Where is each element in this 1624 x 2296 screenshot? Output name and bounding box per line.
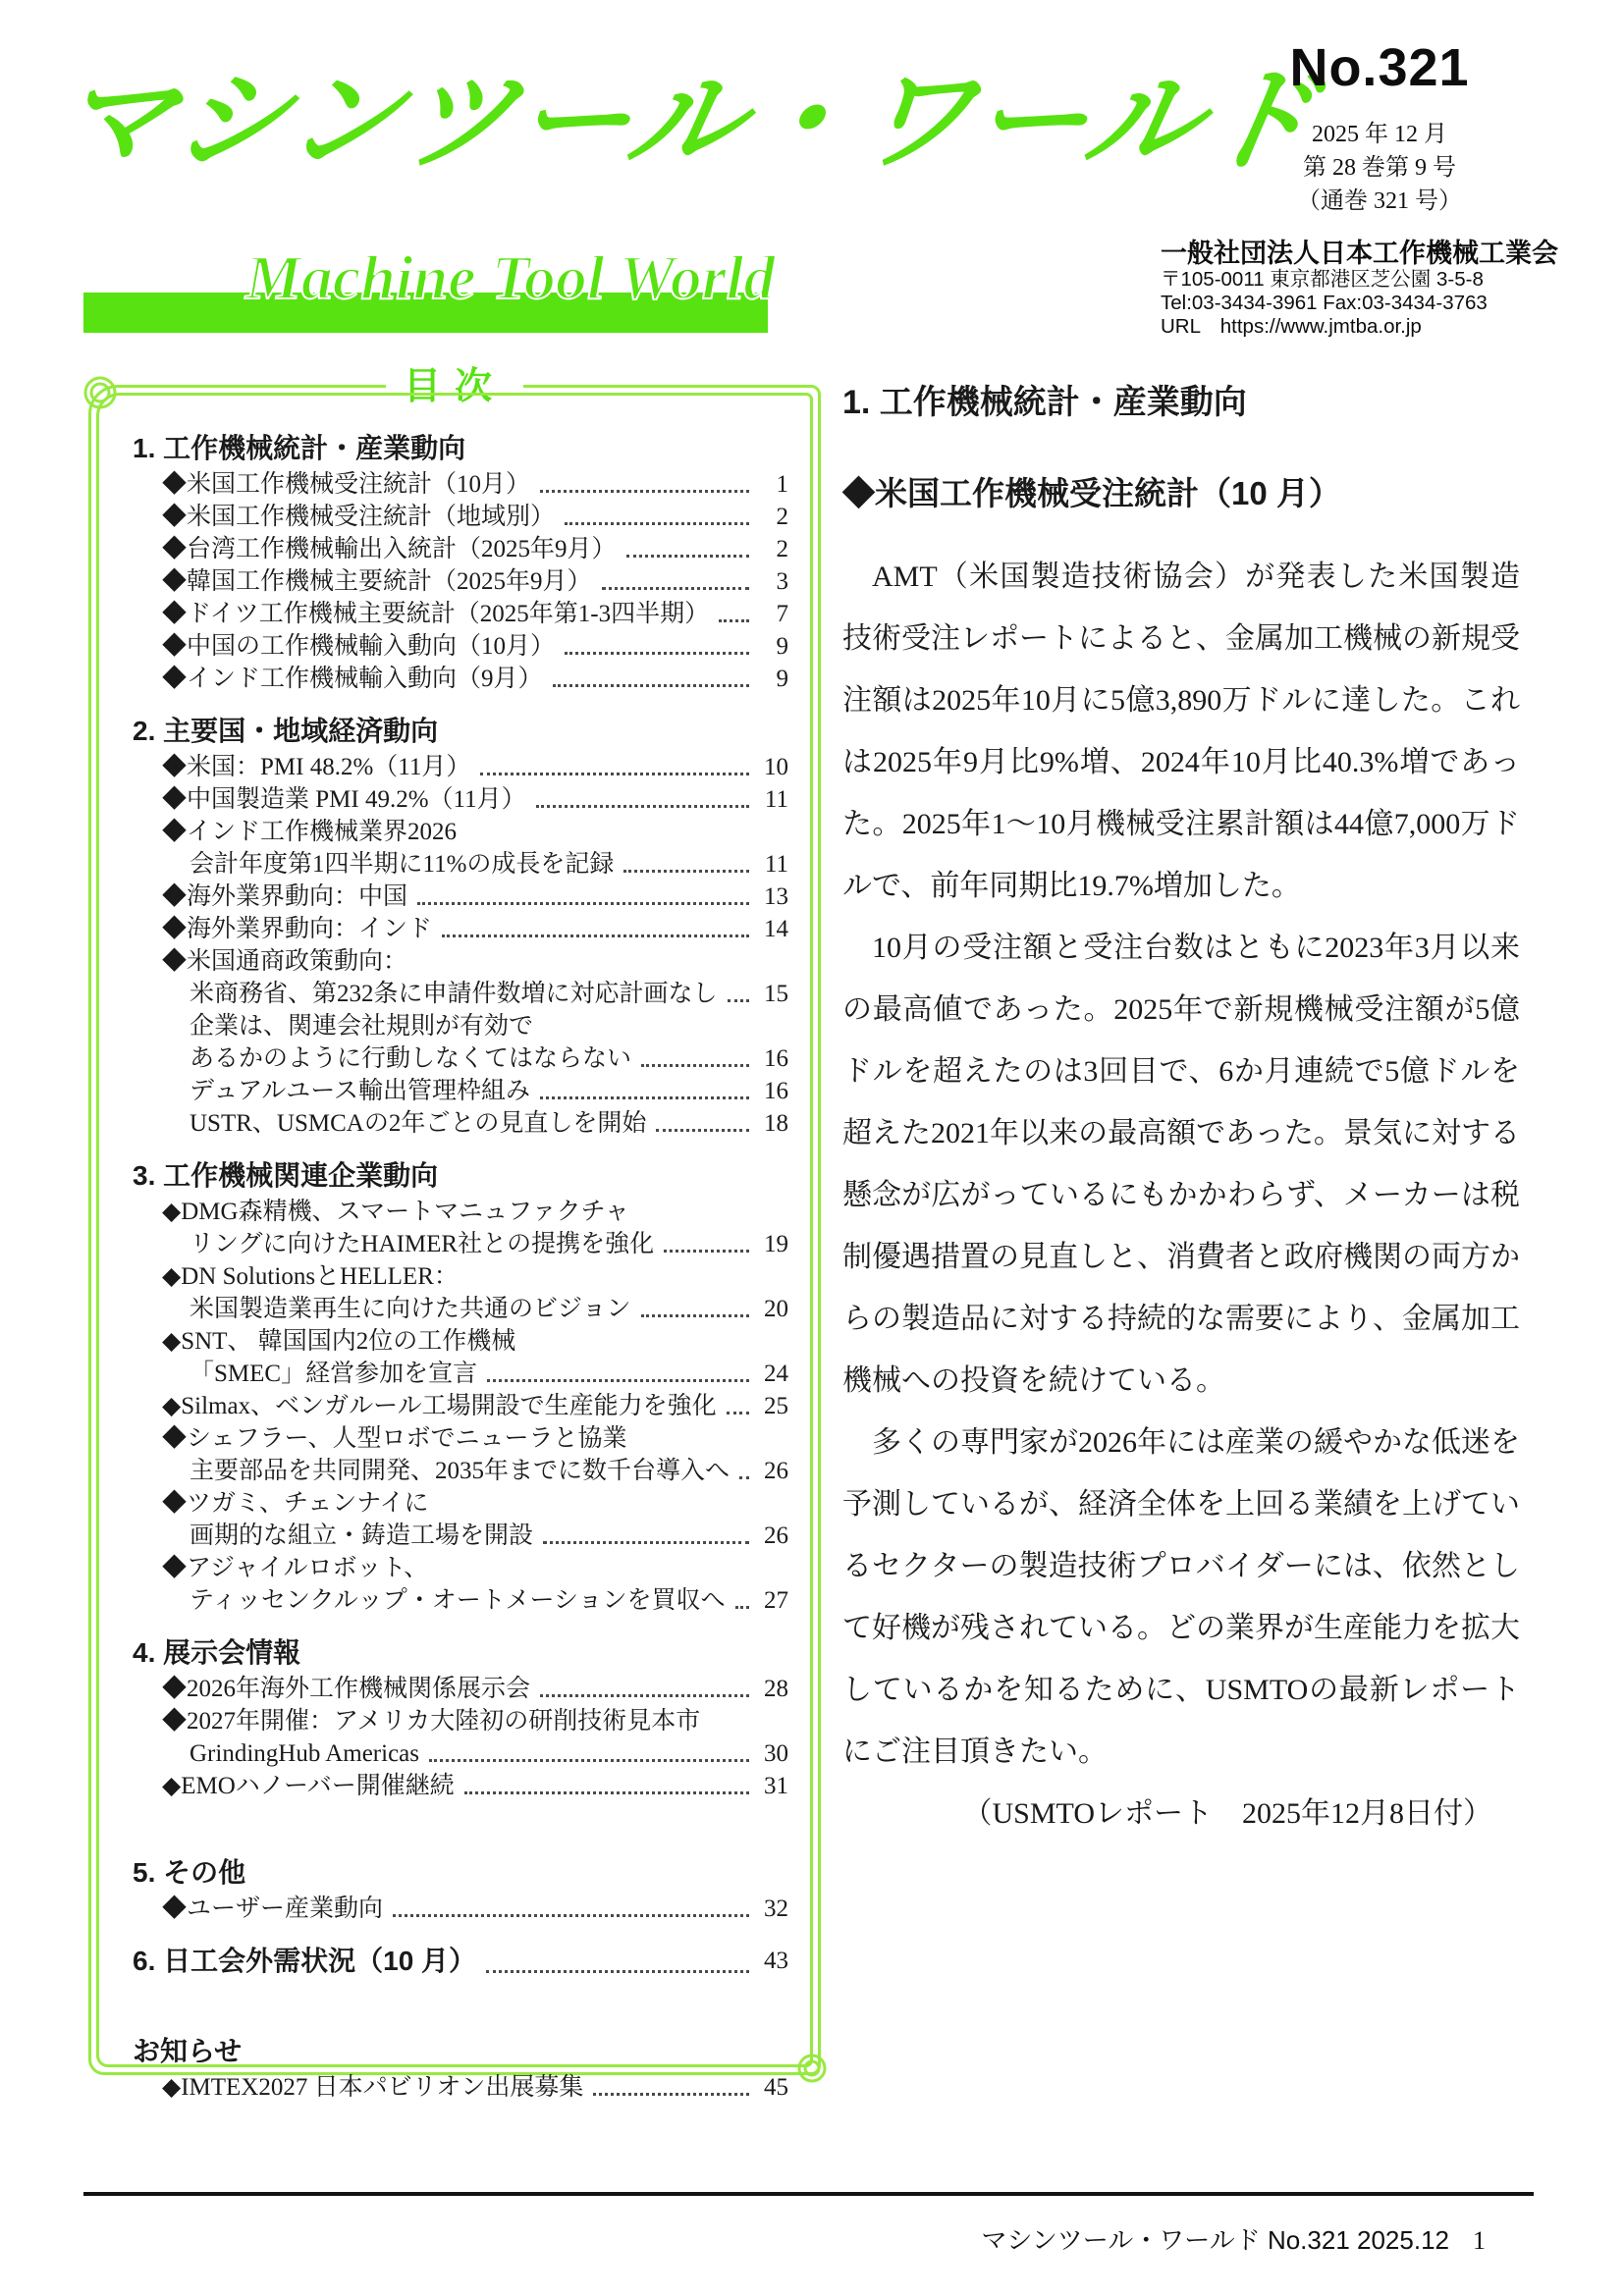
toc-dot-leader [393,1914,749,1917]
toc-entry-text: ◆米国工作機械受注統計（10月） [162,468,530,501]
toc-entry: ◆インド工作機械業界2026 [133,816,788,848]
toc-entry: ◆ツガミ、チェンナイに [133,1487,788,1520]
toc-section-title: お知らせ [133,2032,788,2071]
toc-page-number: 9 [755,630,788,663]
toc-entry: ◆米国工作機械受注統計（地域別）2 [133,501,788,533]
toc-page-number: 3 [755,565,788,598]
toc-entry-text: ◆ツガミ、チェンナイに [162,1487,429,1520]
toc-page-number: 45 [755,2071,788,2104]
toc-entry: ◆シェフラー、人型ロボでニューラと協業 [133,1422,788,1455]
toc-section: 2. 主要国・地域経済動向◆米国：PMI 48.2%（11月）10◆中国製造業 … [133,712,788,1140]
toc-dot-leader [543,1541,749,1544]
toc-entry-text: ◆台湾工作機械輸出入統計（2025年9月） [162,533,617,565]
publisher-name: 一般社団法人日本工作機械工業会 [1161,239,1573,268]
toc-entry: ◆米国工作機械受注統計（10月）1 [133,468,788,501]
toc-section-title: 4. 展示会情報 [133,1633,788,1673]
footer-page-number: 1 [1473,2226,1486,2255]
toc-section-title-text: 4. 展示会情報 [133,1633,300,1673]
toc-dot-leader [540,490,749,493]
toc-page-number: 32 [755,1893,788,1925]
publisher-url: URL https://www.jmtba.or.jp [1161,315,1573,339]
toc-entry: ◆IMTEX2027 日本パビリオン出展募集45 [133,2071,788,2104]
toc-page-number: 11 [755,783,788,816]
toc-entry-text: 米国製造業再生に向けた共通のビジョン [189,1293,631,1325]
toc-entry-text: 米商務省、第232条に申請件数増に対応計画なし [189,978,718,1010]
toc-page-number: 15 [755,978,788,1010]
toc-dot-leader [728,999,749,1002]
toc-section: 4. 展示会情報◆2026年海外工作機械関係展示会28◆2027年開催：アメリカ… [133,1633,788,1802]
toc-entry-text: ◆ドイツ工作機械主要統計（2025年第1-3四半期） [162,598,709,630]
toc-entry: 企業は、関連会社規則が有効で [133,1010,788,1042]
toc-page-number: 7 [755,598,788,630]
toc-dot-leader [565,652,749,655]
toc-dot-leader [626,555,749,558]
toc-dot-leader [739,1476,749,1479]
toc-page-number: 24 [755,1358,788,1390]
issue-number: No.321 [1218,37,1542,98]
footer-rule [83,2192,1534,2196]
toc-page-number: 27 [755,1584,788,1617]
article-body: AMT（米国製造技術協会）が発表した米国製造技術受注レポートによると、金属加工機… [842,546,1520,1844]
toc-entry: 米商務省、第232条に申請件数増に対応計画なし15 [133,978,788,1010]
article-paragraph: 10月の受注額と受注台数はともに2023年3月以来の最高値であった。2025年で… [842,917,1520,1412]
toc-dot-leader [429,1759,749,1762]
toc-entry: ◆韓国工作機械主要統計（2025年9月）3 [133,565,788,598]
toc-page-number: 10 [755,751,788,783]
toc-entry-text: ◆Silmax、ベンガルール工場開設で生産能力を強化 [162,1390,717,1422]
toc-entry: ◆中国製造業 PMI 49.2%（11月）11 [133,783,788,816]
toc-dot-leader [442,934,749,937]
toc-entry-text: リングに向けたHAIMER社との提携を強化 [189,1228,654,1260]
toc-entry-text: 画期的な組立・鋳造工場を開設 [189,1520,533,1552]
toc-entry: あるかのように行動しなくてはならない16 [133,1042,788,1075]
toc-entry-text: ◆SNT、 韓国国内2位の工作機械 [162,1325,515,1358]
toc-entry: ティッセンクルップ・オートメーションを買収へ27 [133,1584,788,1617]
footer: マシンツール・ワールド No.321 2025.121 [83,2220,1486,2257]
toc-entry-text: ◆IMTEX2027 日本パビリオン出展募集 [162,2071,583,2104]
toc-entry-text: ◆シェフラー、人型ロボでニューラと協業 [162,1422,627,1455]
publisher-address: 〒105-0011 東京都港区芝公園 3-5-8 [1161,268,1573,292]
toc-entry: ◆海外業界動向：インド14 [133,913,788,945]
toc-dot-leader [487,1379,749,1382]
toc-page-number: 9 [755,663,788,695]
toc-dot-leader [664,1250,749,1253]
toc-entry: ◆中国の工作機械輸入動向（10月）9 [133,630,788,663]
toc-entry: ◆Silmax、ベンガルール工場開設で生産能力を強化25 [133,1390,788,1422]
article-attribution: （USMTOレポート 2025年12月8日付） [842,1783,1520,1844]
toc-page-number: 20 [755,1293,788,1325]
toc-entry-text: ◆インド工作機械輸入動向（9月） [162,663,543,695]
toc-entry-text: ◆米国：PMI 48.2%（11月） [162,751,470,783]
toc-page-number: 28 [755,1673,788,1705]
footer-text: マシンツール・ワールド No.321 2025.12 [981,2225,1449,2255]
toc-entry-text: ◆インド工作機械業界2026 [162,816,457,848]
toc-entry-text: ◆2026年海外工作機械関係展示会 [162,1673,530,1705]
toc-page-number: 25 [755,1390,788,1422]
toc-entry-text: GrindingHub Americas [189,1737,419,1770]
toc-page-number: 30 [755,1737,788,1770]
toc-entry-text: ◆ユーザー産業動向 [162,1893,383,1925]
toc-dot-leader [417,902,749,905]
toc-section-title: 2. 主要国・地域経済動向 [133,712,788,751]
toc-section-title: 1. 工作機械統計・産業動向 [133,429,788,468]
toc-dot-leader [486,1970,749,1973]
toc-page-number: 13 [755,881,788,913]
article-subheading: ◆米国工作機械受注統計（10 月） [842,468,1520,514]
toc-section: 6. 日工会外需状況（10 月）43 [133,1942,788,1981]
toc-entry: ◆アジャイルロボット、 [133,1552,788,1584]
toc-section-title-text: 3. 工作機械関連企業動向 [133,1156,438,1196]
toc-entry: ◆DN SolutionsとHELLER： [133,1260,788,1293]
toc-page-number: 16 [755,1075,788,1107]
toc-dot-leader [602,587,749,590]
toc-entry-text: ◆DMG森精機、スマートマニュファクチャ [162,1196,629,1228]
issue-date-block: 2025 年 12 月 第 28 巻第 9 号 （通巻 321 号） [1218,118,1542,218]
toc-entry: 会計年度第1四半期に11%の成長を記録11 [133,848,788,881]
toc-page-number: 16 [755,1042,788,1075]
toc-entry-text: 主要部品を共同開発、2035年までに数千台導入へ [189,1455,730,1487]
toc-entry: 「SMEC」経営参加を宣言24 [133,1358,788,1390]
toc-entry: ◆インド工作機械輸入動向（9月）9 [133,663,788,695]
brand-subtitle: Machine Tool World [245,241,775,314]
toc-dot-leader [565,522,749,525]
toc-page-number: 2 [755,501,788,533]
toc-entry: ◆2027年開催：アメリカ大陸初の研削技術見本市 [133,1705,788,1737]
toc-page-number: 26 [755,1455,788,1487]
toc-entry-text: ◆韓国工作機械主要統計（2025年9月） [162,565,592,598]
toc-entry: ◆海外業界動向：中国13 [133,881,788,913]
toc-entry-text: 「SMEC」経営参加を宣言 [189,1358,477,1390]
toc-entry: ◆SNT、 韓国国内2位の工作機械 [133,1325,788,1358]
article-paragraph: AMT（米国製造技術協会）が発表した米国製造技術受注レポートによると、金属加工機… [842,546,1520,917]
toc-page-number: 18 [755,1107,788,1140]
toc-page-number: 43 [755,1942,788,1981]
toc-dot-leader [553,684,749,687]
toc-entry-text: ◆中国製造業 PMI 49.2%（11月） [162,783,526,816]
toc-entry-text: あるかのように行動しなくてはならない [189,1042,631,1075]
toc-entry: 主要部品を共同開発、2035年までに数千台導入へ26 [133,1455,788,1487]
toc-entry-text: デュアルユース輸出管理枠組み [189,1075,530,1107]
toc-section-title: 6. 日工会外需状況（10 月）43 [133,1942,788,1981]
article-paragraph: 多くの専門家が2026年には産業の緩やかな低迷を予測しているが、経済全体を上回る… [842,1412,1520,1783]
toc-page-number: 26 [755,1520,788,1552]
toc-page-number: 31 [755,1770,788,1802]
toc-page-number: 11 [755,848,788,881]
newsletter-page: マシンツール・ワールド Machine Tool World No.321 20… [0,0,1624,2296]
toc-section: お知らせ◆IMTEX2027 日本パビリオン出展募集45 [133,2032,788,2104]
toc-section-title: 3. 工作機械関連企業動向 [133,1156,788,1196]
toc-page-number: 1 [755,468,788,501]
toc-entry-text: ◆DN SolutionsとHELLER： [162,1260,459,1293]
toc-dot-leader [540,1096,749,1099]
toc-entry-text: ◆米国工作機械受注統計（地域別） [162,501,555,533]
publisher-telfax: Tel:03-3434-3961 Fax:03-3434-3763 [1161,292,1573,315]
toc-entry: ◆台湾工作機械輸出入統計（2025年9月）2 [133,533,788,565]
toc-entry: 米国製造業再生に向けた共通のビジョン20 [133,1293,788,1325]
toc-sections: 1. 工作機械統計・産業動向◆米国工作機械受注統計（10月）1◆米国工作機械受注… [96,393,813,2067]
toc-entry-text: ◆2027年開催：アメリカ大陸初の研削技術見本市 [162,1705,700,1737]
toc-entry: デュアルユース輸出管理枠組み16 [133,1075,788,1107]
toc-entry: リングに向けたHAIMER社との提携を強化19 [133,1228,788,1260]
toc-dot-leader [641,1314,749,1317]
toc-dot-leader [480,773,749,775]
toc-entry-text: ティッセンクルップ・オートメーションを買収へ [189,1584,726,1617]
toc-entry: ◆DMG森精機、スマートマニュファクチャ [133,1196,788,1228]
toc-dot-leader [727,1412,749,1415]
toc-section-title-text: 1. 工作機械統計・産業動向 [133,429,465,468]
toc-entry-text: ◆中国の工作機械輸入動向（10月） [162,630,555,663]
publisher-block: 一般社団法人日本工作機械工業会 〒105-0011 東京都港区芝公園 3-5-8… [1161,239,1573,339]
toc-section-title: 5. その他 [133,1853,788,1893]
issue-volume: 第 28 巻第 9 号 [1218,151,1542,185]
toc-section: 1. 工作機械統計・産業動向◆米国工作機械受注統計（10月）1◆米国工作機械受注… [133,429,788,695]
toc-entry: GrindingHub Americas30 [133,1737,788,1770]
toc-dot-leader [536,805,749,808]
toc-entry-text: 会計年度第1四半期に11%の成長を記録 [189,848,614,881]
toc-section-title-text: お知らせ [133,2032,242,2071]
toc-dot-leader [540,1694,749,1697]
toc-page-number: 19 [755,1228,788,1260]
toc-entry: ◆EMOハノーバー開催継続31 [133,1770,788,1802]
lead-article: 1. 工作機械統計・産業動向 ◆米国工作機械受注統計（10 月） AMT（米国製… [842,375,1520,1844]
article-heading: 1. 工作機械統計・産業動向 [842,375,1520,423]
toc-entry: ◆2026年海外工作機械関係展示会28 [133,1673,788,1705]
toc-dot-leader [593,2093,749,2096]
toc-dot-leader [623,870,749,873]
toc-entry: 画期的な組立・鋳造工場を開設26 [133,1520,788,1552]
toc-entry: ◆米国：PMI 48.2%（11月）10 [133,751,788,783]
toc-entry-text: ◆米国通商政策動向： [162,945,407,978]
toc-entry-text: ◆アジャイルロボット、 [162,1552,428,1584]
toc-dot-leader [464,1791,749,1794]
brand-title: マシンツール・ワールド [47,29,1332,193]
toc-entry-text: ◆海外業界動向：インド [162,913,432,945]
toc-dot-leader [641,1064,749,1067]
toc-dot-leader [719,619,749,622]
toc-page-number: 14 [755,913,788,945]
toc-section: 5. その他◆ユーザー産業動向32 [133,1853,788,1925]
issue-month: 2025 年 12 月 [1218,118,1542,151]
toc-entry-text: 企業は、関連会社規則が有効で [189,1010,533,1042]
toc-page-number: 2 [755,533,788,565]
toc-entry-text: USTR、USMCAの2年ごとの見直しを開始 [189,1107,646,1140]
issue-serial: （通巻 321 号） [1218,185,1542,218]
toc-dot-leader [735,1606,749,1609]
toc-entry-text: ◆EMOハノーバー開催継続 [162,1770,455,1802]
toc-entry: ◆ドイツ工作機械主要統計（2025年第1-3四半期）7 [133,598,788,630]
toc-entry: ◆米国通商政策動向： [133,945,788,978]
toc-section-title-text: 5. その他 [133,1853,245,1893]
toc-section: 3. 工作機械関連企業動向◆DMG森精機、スマートマニュファクチャリングに向けた… [133,1156,788,1617]
toc-entry: ◆ユーザー産業動向32 [133,1893,788,1925]
toc-section-title-text: 6. 日工会外需状況（10 月） [133,1942,476,1981]
toc-section-title-text: 2. 主要国・地域経済動向 [133,712,438,751]
toc-dot-leader [656,1129,749,1132]
toc-entry: USTR、USMCAの2年ごとの見直しを開始18 [133,1107,788,1140]
toc-entry-text: ◆海外業界動向：中国 [162,881,407,913]
toc-box: 目次 1. 工作機械統計・産業動向◆米国工作機械受注統計（10月）1◆米国工作機… [88,385,821,2075]
